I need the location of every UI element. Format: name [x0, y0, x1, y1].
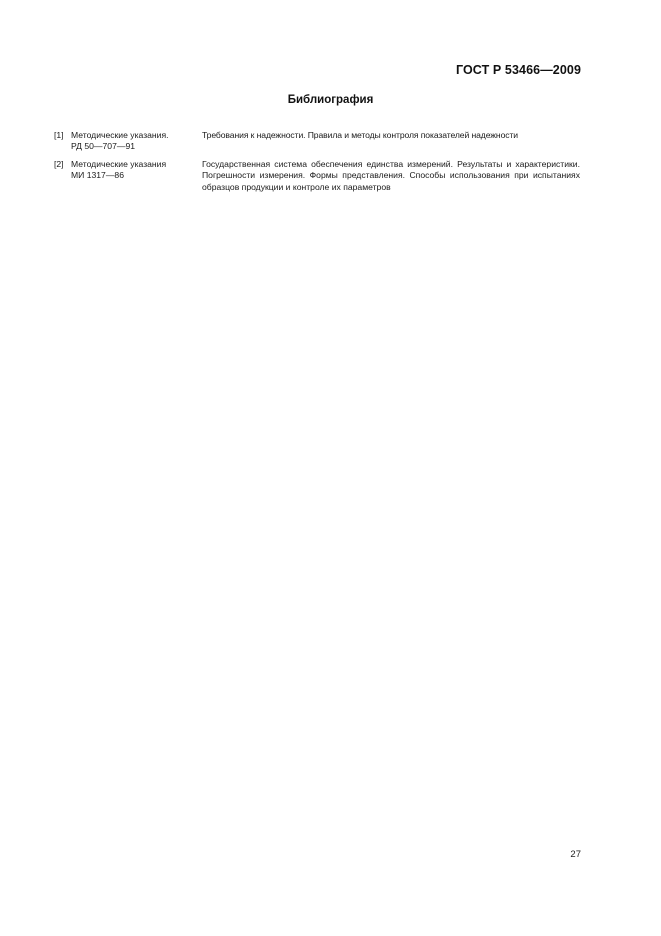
- entry-source-line: Методические указания.: [71, 130, 202, 141]
- entry-description: Государственная система обеспечения един…: [202, 159, 580, 193]
- entry-source-line: Методические указания: [71, 159, 202, 170]
- document-code: ГОСТ Р 53466—2009: [456, 63, 581, 77]
- section-title: Библиография: [0, 94, 661, 106]
- bibliography-list: [1] Методические указания. РД 50—707—91 …: [54, 130, 580, 199]
- bibliography-entry: [2] Методические указания МИ 1317—86 Гос…: [54, 159, 580, 193]
- entry-source: Методические указания МИ 1317—86: [71, 159, 202, 193]
- entry-source-line: МИ 1317—86: [71, 170, 202, 181]
- page-number: 27: [570, 849, 581, 860]
- entry-number: [1]: [54, 130, 71, 153]
- entry-source: Методические указания. РД 50—707—91: [71, 130, 202, 153]
- entry-description: Требования к надежности. Правила и метод…: [202, 130, 580, 153]
- entry-number: [2]: [54, 159, 71, 193]
- bibliography-entry: [1] Методические указания. РД 50—707—91 …: [54, 130, 580, 153]
- entry-source-line: РД 50—707—91: [71, 141, 202, 152]
